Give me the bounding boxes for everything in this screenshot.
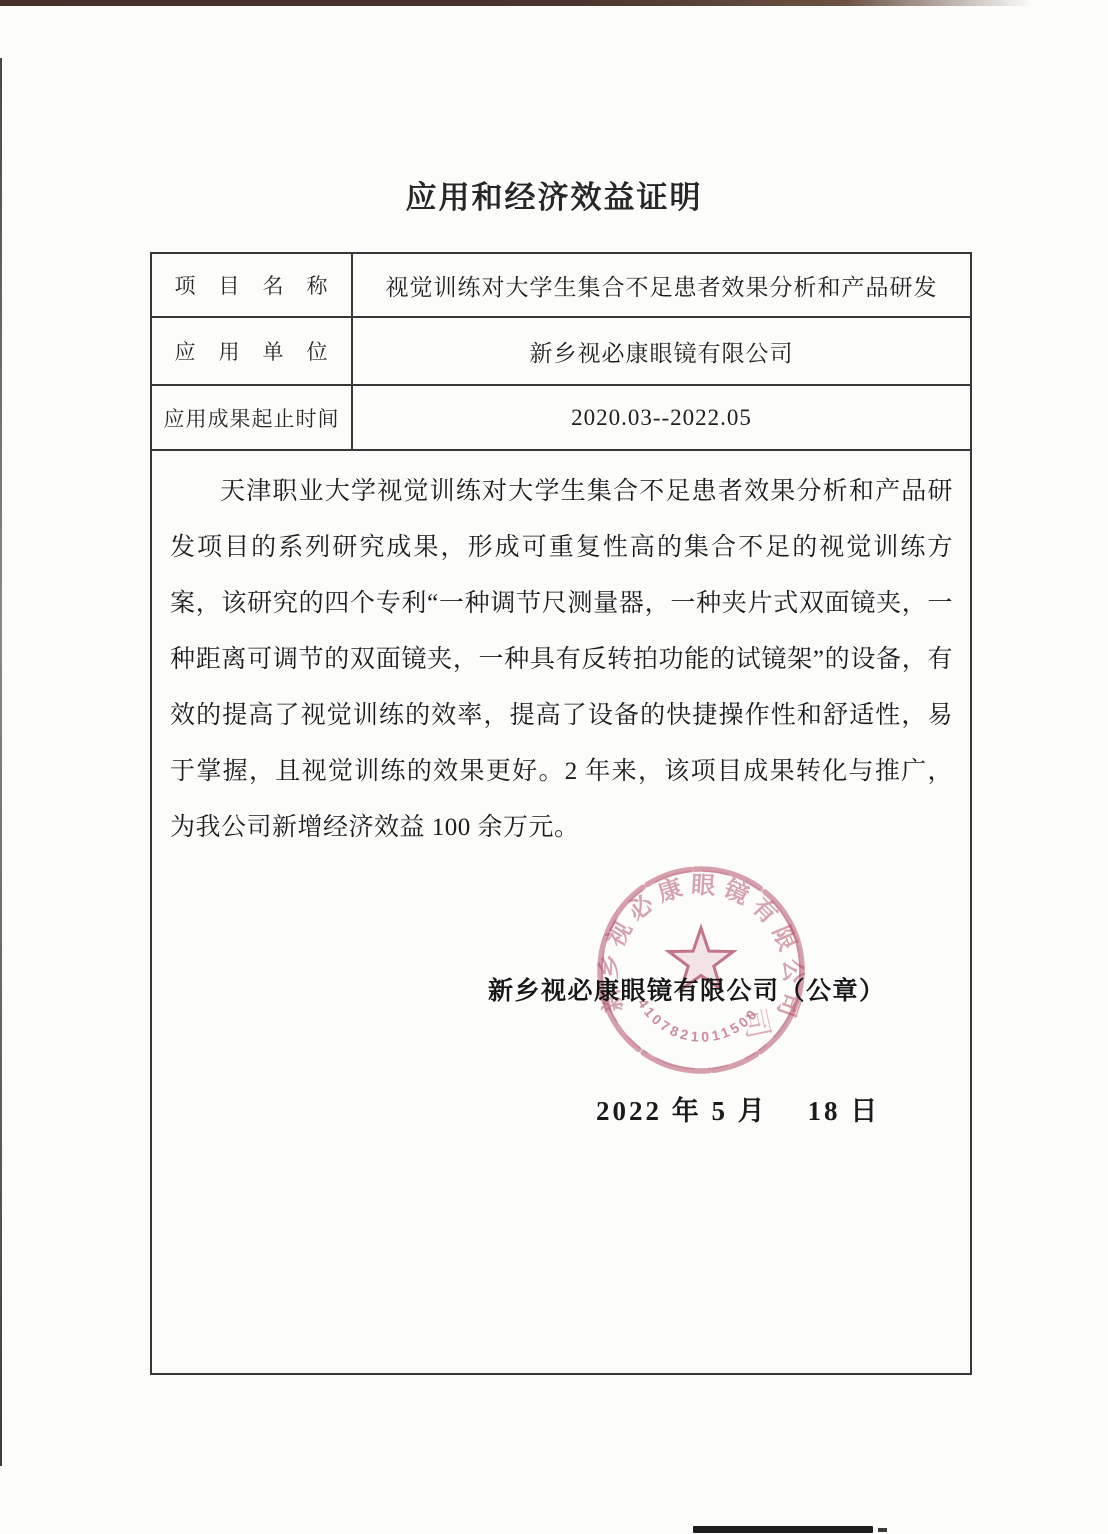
- scan-top-edge-artifact: [0, 0, 1032, 6]
- scan-bottom-mark-artifact-small: [878, 1528, 887, 1532]
- scan-bottom-mark-artifact: [693, 1526, 873, 1533]
- project-name-value: 视觉训练对大学生集合不足患者效果分析和产品研发: [353, 254, 970, 316]
- signature-company-line: 新乡视必康眼镜有限公司（公章）: [488, 971, 886, 1007]
- table-row-application-period: 应用成果起止时间 2020.03--2022.05: [152, 386, 970, 451]
- application-period-value: 2020.03--2022.05: [353, 386, 970, 449]
- certificate-body-paragraph: 天津职业大学视觉训练对大学生集合不足患者效果分析和产品研发项目的系列研究成果，形…: [152, 451, 970, 856]
- seal-ring-ghost: [602, 871, 800, 1069]
- certificate-table: 项 目 名 称 视觉训练对大学生集合不足患者效果分析和产品研发 应 用 单 位 …: [150, 252, 972, 1375]
- application-period-label: 应用成果起止时间: [152, 386, 353, 449]
- applying-unit-label: 应 用 单 位: [152, 318, 353, 384]
- table-row-applying-unit: 应 用 单 位 新乡视必康眼镜有限公司: [152, 318, 970, 386]
- page-title: 应用和经济效益证明: [0, 172, 1108, 217]
- table-row-project-name: 项 目 名 称 视觉训练对大学生集合不足患者效果分析和产品研发: [152, 254, 970, 318]
- seal-ring: [600, 869, 802, 1071]
- seal-ghost-character: 司: [736, 1006, 775, 1042]
- applying-unit-value: 新乡视必康眼镜有限公司: [353, 318, 970, 384]
- project-name-label: 项 目 名 称: [152, 254, 353, 316]
- date-line: 2022 年 5 月 18 日: [596, 1089, 880, 1128]
- scanned-certificate-page: 应用和经济效益证明 项 目 名 称 视觉训练对大学生集合不足患者效果分析和产品研…: [0, 0, 1108, 1534]
- scan-left-edge-artifact: [0, 58, 2, 1466]
- certificate-main-cell: 天津职业大学视觉训练对大学生集合不足患者效果分析和产品研发项目的系列研究成果，形…: [152, 451, 970, 1373]
